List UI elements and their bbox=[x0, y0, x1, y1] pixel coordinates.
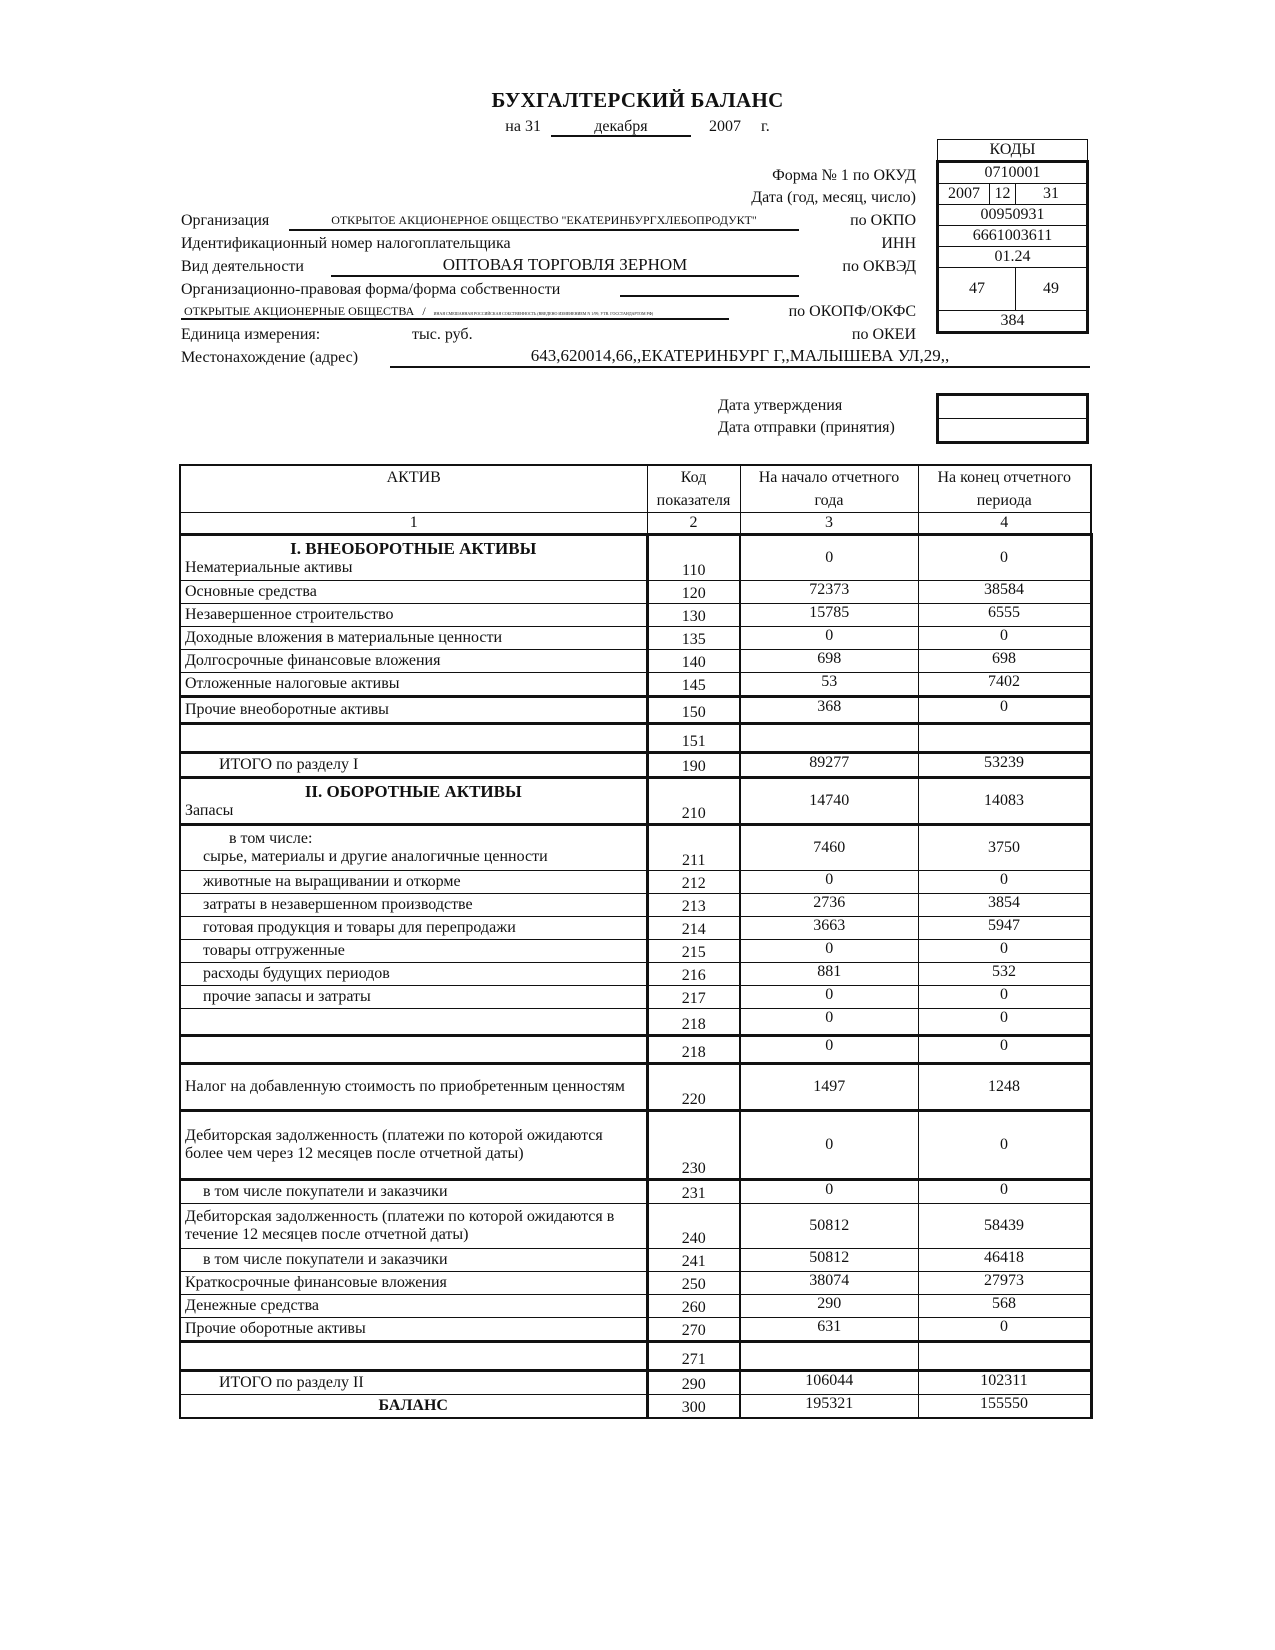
row-value-end: 0 bbox=[918, 1111, 1091, 1180]
date-month: декабря bbox=[551, 119, 691, 137]
row-value-end: 0 bbox=[918, 1036, 1091, 1064]
row-value-start: 50812 bbox=[740, 1204, 918, 1249]
row-label: готовая продукция и товары для перепрода… bbox=[203, 919, 516, 936]
row-code: 150 bbox=[647, 697, 740, 724]
row-label: Прочие оборотные активы bbox=[185, 1320, 366, 1337]
row-code: 210 bbox=[647, 778, 740, 825]
date-suffix: г. bbox=[761, 118, 770, 135]
row-value-end bbox=[918, 724, 1091, 753]
row-name bbox=[180, 1036, 647, 1064]
row-name bbox=[180, 1342, 647, 1371]
row-code: 120 bbox=[647, 581, 740, 604]
row-name: II. ОБОРОТНЫЕ АКТИВЫЗапасы bbox=[180, 778, 647, 825]
row-value-start: 0 bbox=[740, 1180, 918, 1204]
ownership-value: ИНАЯ СМЕШАННАЯ РОССИЙСКАЯ СОБСТВЕННОСТЬ … bbox=[434, 311, 654, 316]
row-name: Налог на добавленную стоимость по приобр… bbox=[180, 1064, 647, 1111]
row-name: I. ВНЕОБОРОТНЫЕ АКТИВЫНематериальные акт… bbox=[180, 535, 647, 581]
row-label: Отложенные налоговые активы bbox=[185, 675, 400, 692]
inn-caption: Идентификационный номер налогоплательщик… bbox=[181, 235, 511, 253]
row-name: Долгосрочные финансовые вложения bbox=[180, 650, 647, 673]
section-title: II. ОБОРОТНЫЕ АКТИВЫ bbox=[185, 782, 642, 802]
row-code: 250 bbox=[647, 1272, 740, 1295]
col-number-3: 3 bbox=[740, 513, 918, 535]
date-prefix: на bbox=[505, 118, 521, 135]
table-row: Незавершенное строительство130157856555 bbox=[180, 604, 1091, 627]
row-value-end: 1248 bbox=[918, 1064, 1091, 1111]
code-month: 12 bbox=[990, 184, 1016, 205]
row-value-end: 53239 bbox=[918, 753, 1091, 778]
table-row: Отложенные налоговые активы145537402 bbox=[180, 673, 1091, 697]
legal-form-row: ОТКРЫТЫЕ АКЦИОНЕРНЫЕ ОБЩЕСТВА / ИНАЯ СМЕ… bbox=[181, 302, 729, 320]
row-value-end: 568 bbox=[918, 1295, 1091, 1318]
row-value-end: 3854 bbox=[918, 894, 1091, 917]
table-row: Краткосрочные финансовые вложения2503807… bbox=[180, 1272, 1091, 1295]
row-value-start: 0 bbox=[740, 1009, 918, 1036]
table-row: готовая продукция и товары для перепрода… bbox=[180, 917, 1091, 940]
row-name: БАЛАНС bbox=[180, 1395, 647, 1419]
row-label: в том числе покупатели и заказчики bbox=[203, 1183, 448, 1200]
row-value-start: 14740 bbox=[740, 778, 918, 825]
row-code: 151 bbox=[647, 724, 740, 753]
row-name: ИТОГО по разделу I bbox=[180, 753, 647, 778]
row-name: Доходные вложения в материальные ценност… bbox=[180, 627, 647, 650]
table-row: в том числе:сырье, материалы и другие ан… bbox=[180, 825, 1091, 871]
table-row: 21800 bbox=[180, 1009, 1091, 1036]
row-value-start: 0 bbox=[740, 1111, 918, 1180]
okved-code: 01.24 bbox=[938, 247, 1088, 268]
row-name bbox=[180, 1009, 647, 1036]
row-label: прочие запасы и затраты bbox=[203, 988, 371, 1005]
document-title: БУХГАЛТЕРСКИЙ БАЛАНС bbox=[0, 88, 1275, 113]
row-name: готовая продукция и товары для перепрода… bbox=[180, 917, 647, 940]
row-value-start: 2736 bbox=[740, 894, 918, 917]
row-value-end: 58439 bbox=[918, 1204, 1091, 1249]
table-row: затраты в незавершенном производстве2132… bbox=[180, 894, 1091, 917]
table-row: Основные средства1207237338584 bbox=[180, 581, 1091, 604]
row-label: расходы будущих периодов bbox=[203, 965, 390, 982]
row-code: 216 bbox=[647, 963, 740, 986]
row-value-end: 102311 bbox=[918, 1371, 1091, 1395]
row-value-end: 0 bbox=[918, 535, 1091, 581]
row-label: Прочие внеоборотные активы bbox=[185, 701, 389, 718]
row-value-start bbox=[740, 1342, 918, 1371]
row-code: 271 bbox=[647, 1342, 740, 1371]
row-label: товары отгруженные bbox=[203, 942, 345, 959]
legal-form-underline bbox=[620, 295, 799, 297]
org-label: Организация bbox=[181, 212, 269, 230]
row-value-end: 27973 bbox=[918, 1272, 1091, 1295]
row-name: Незавершенное строительство bbox=[180, 604, 647, 627]
table-row: в том числе покупатели и заказчики23100 bbox=[180, 1180, 1091, 1204]
row-value-start: 0 bbox=[740, 535, 918, 581]
row-code: 130 bbox=[647, 604, 740, 627]
col-header-asset: АКТИВ bbox=[180, 465, 647, 513]
table-row: Прочие оборотные активы2706310 bbox=[180, 1318, 1091, 1342]
row-value-end: 0 bbox=[918, 940, 1091, 963]
row-value-start: 0 bbox=[740, 940, 918, 963]
row-label: БАЛАНС bbox=[379, 1397, 448, 1414]
row-label: Дебиторская задолженность (платежи по ко… bbox=[185, 1208, 614, 1243]
row-name: в том числе покупатели и заказчики bbox=[180, 1249, 647, 1272]
date-codes-label: Дата (год, месяц, число) bbox=[640, 189, 916, 207]
row-code: 215 bbox=[647, 940, 740, 963]
table-row: Долгосрочные финансовые вложения14069869… bbox=[180, 650, 1091, 673]
table-row: I. ВНЕОБОРОТНЫЕ АКТИВЫНематериальные акт… bbox=[180, 535, 1091, 581]
table-row: животные на выращивании и откорме21200 bbox=[180, 871, 1091, 894]
inn-code: 6661003611 bbox=[938, 226, 1088, 247]
okfs-code: 49 bbox=[1016, 268, 1088, 311]
row-value-start bbox=[740, 724, 918, 753]
row-value-start: 0 bbox=[740, 871, 918, 894]
row-label: Нематериальные активы bbox=[185, 559, 352, 576]
legal-form-separator: / bbox=[422, 304, 425, 318]
table-row: Прочие внеоборотные активы1503680 bbox=[180, 697, 1091, 724]
date-day: 31 bbox=[525, 118, 541, 135]
sent-date-field[interactable] bbox=[938, 419, 1088, 443]
row-value-end: 0 bbox=[918, 1180, 1091, 1204]
row-value-end: 14083 bbox=[918, 778, 1091, 825]
row-name: Отложенные налоговые активы bbox=[180, 673, 647, 697]
row-value-end: 0 bbox=[918, 1318, 1091, 1342]
including-label: в том числе: bbox=[185, 830, 642, 848]
codes-title: КОДЫ bbox=[938, 140, 1088, 162]
okopf-label: по ОКОПФ/ОКФС bbox=[740, 303, 916, 321]
table-row: расходы будущих периодов216881532 bbox=[180, 963, 1091, 986]
row-label: ИТОГО по разделу I bbox=[219, 756, 358, 773]
row-code: 211 bbox=[647, 825, 740, 871]
approval-box bbox=[936, 393, 1089, 444]
table-row: товары отгруженные21500 bbox=[180, 940, 1091, 963]
table-row: Доходные вложения в материальные ценност… bbox=[180, 627, 1091, 650]
row-name: затраты в незавершенном производстве bbox=[180, 894, 647, 917]
table-row: Дебиторская задолженность (платежи по ко… bbox=[180, 1111, 1091, 1180]
row-label: ИТОГО по разделу II bbox=[219, 1374, 364, 1391]
row-value-end: 698 bbox=[918, 650, 1091, 673]
row-code: 300 bbox=[647, 1395, 740, 1419]
row-value-start: 0 bbox=[740, 986, 918, 1009]
row-value-start: 195321 bbox=[740, 1395, 918, 1419]
row-name: Прочие внеоборотные активы bbox=[180, 697, 647, 724]
okei-label: по ОКЕИ bbox=[800, 326, 916, 344]
row-code: 190 bbox=[647, 753, 740, 778]
row-value-end: 0 bbox=[918, 986, 1091, 1009]
okpo-label: по ОКПО bbox=[800, 212, 916, 230]
date-year: 2007 bbox=[709, 118, 741, 135]
row-name: товары отгруженные bbox=[180, 940, 647, 963]
table-row: Налог на добавленную стоимость по приобр… bbox=[180, 1064, 1091, 1111]
row-name: животные на выращивании и откорме bbox=[180, 871, 647, 894]
table-row: 151 bbox=[180, 724, 1091, 753]
table-row: 21800 bbox=[180, 1036, 1091, 1064]
row-value-end: 38584 bbox=[918, 581, 1091, 604]
row-code: 110 bbox=[647, 535, 740, 581]
row-label: сырье, материалы и другие аналогичные це… bbox=[185, 848, 642, 866]
table-row: 271 bbox=[180, 1342, 1091, 1371]
row-code: 213 bbox=[647, 894, 740, 917]
row-code: 220 bbox=[647, 1064, 740, 1111]
row-value-end: 532 bbox=[918, 963, 1091, 986]
row-value-end bbox=[918, 1342, 1091, 1371]
activity-label: Вид деятельности bbox=[181, 258, 304, 276]
row-label: Дебиторская задолженность (платежи по ко… bbox=[185, 1127, 603, 1162]
approve-date-field[interactable] bbox=[938, 395, 1088, 419]
row-value-start: 50812 bbox=[740, 1249, 918, 1272]
row-code: 290 bbox=[647, 1371, 740, 1395]
unit-label: Единица измерения: bbox=[181, 326, 320, 344]
row-value-start: 89277 bbox=[740, 753, 918, 778]
okved-label: по ОКВЭД bbox=[800, 258, 916, 276]
row-code: 214 bbox=[647, 917, 740, 940]
row-name: Основные средства bbox=[180, 581, 647, 604]
col-header-end: На конец отчетного периода bbox=[918, 465, 1091, 513]
table-row: БАЛАНС300195321155550 bbox=[180, 1395, 1091, 1419]
row-label: Налог на добавленную стоимость по приобр… bbox=[185, 1078, 625, 1095]
row-name: в том числе покупатели и заказчики bbox=[180, 1180, 647, 1204]
row-name: в том числе:сырье, материалы и другие ан… bbox=[180, 825, 647, 871]
address-label: Местонахождение (адрес) bbox=[181, 349, 358, 367]
okei-code: 384 bbox=[938, 311, 1088, 333]
okpo-code: 00950931 bbox=[938, 205, 1088, 226]
col-header-code: Код показателя bbox=[647, 465, 740, 513]
row-value-start: 72373 bbox=[740, 581, 918, 604]
row-label: Основные средства bbox=[185, 583, 317, 600]
row-label: Долгосрочные финансовые вложения bbox=[185, 652, 440, 669]
row-name: ИТОГО по разделу II bbox=[180, 1371, 647, 1395]
row-value-start: 1497 bbox=[740, 1064, 918, 1111]
row-value-end: 7402 bbox=[918, 673, 1091, 697]
row-value-end: 6555 bbox=[918, 604, 1091, 627]
table-row: II. ОБОРОТНЫЕ АКТИВЫЗапасы2101474014083 bbox=[180, 778, 1091, 825]
row-value-start: 106044 bbox=[740, 1371, 918, 1395]
row-label: Денежные средства bbox=[185, 1297, 319, 1314]
row-value-start: 38074 bbox=[740, 1272, 918, 1295]
activity-value: ОПТОВАЯ ТОРГОВЛЯ ЗЕРНОМ bbox=[331, 255, 799, 277]
section-title: I. ВНЕОБОРОТНЫЕ АКТИВЫ bbox=[185, 539, 642, 559]
row-code: 140 bbox=[647, 650, 740, 673]
row-value-end: 0 bbox=[918, 627, 1091, 650]
address-value: 643,620014,66,,ЕКАТЕРИНБУРГ Г,,МАЛЫШЕВА … bbox=[390, 346, 1090, 368]
table-row: прочие запасы и затраты21700 bbox=[180, 986, 1091, 1009]
row-name: Дебиторская задолженность (платежи по ко… bbox=[180, 1111, 647, 1180]
row-value-start: 698 bbox=[740, 650, 918, 673]
row-code: 135 bbox=[647, 627, 740, 650]
row-value-start: 7460 bbox=[740, 825, 918, 871]
row-code: 241 bbox=[647, 1249, 740, 1272]
row-name: Денежные средства bbox=[180, 1295, 647, 1318]
row-label: Доходные вложения в материальные ценност… bbox=[185, 629, 502, 646]
row-name: Прочие оборотные активы bbox=[180, 1318, 647, 1342]
row-code: 260 bbox=[647, 1295, 740, 1318]
inn-label: ИНН bbox=[800, 235, 916, 253]
row-value-end: 46418 bbox=[918, 1249, 1091, 1272]
row-value-start: 3663 bbox=[740, 917, 918, 940]
row-label: затраты в незавершенном производстве bbox=[203, 896, 473, 913]
row-value-start: 0 bbox=[740, 1036, 918, 1064]
report-date-line: на 31 декабря 2007 г. bbox=[0, 118, 1275, 137]
row-label: в том числе покупатели и заказчики bbox=[203, 1251, 448, 1268]
table-row: в том числе покупатели и заказчики241508… bbox=[180, 1249, 1091, 1272]
row-value-start: 290 bbox=[740, 1295, 918, 1318]
row-value-end: 0 bbox=[918, 697, 1091, 724]
sent-label: Дата отправки (принятия) bbox=[718, 419, 895, 437]
approve-label: Дата утверждения bbox=[718, 397, 842, 415]
balance-table: АКТИВ Код показателя На начало отчетного… bbox=[179, 464, 1093, 1419]
okud-label: Форма № 1 по ОКУД bbox=[640, 167, 916, 185]
row-value-start: 0 bbox=[740, 627, 918, 650]
row-code: 217 bbox=[647, 986, 740, 1009]
table-row: ИТОГО по разделу I1908927753239 bbox=[180, 753, 1091, 778]
col-header-start: На начало отчетного года bbox=[740, 465, 918, 513]
row-value-start: 631 bbox=[740, 1318, 918, 1342]
okopf-code: 47 bbox=[938, 268, 1016, 311]
org-value: ОТКРЫТОЕ АКЦИОНЕРНОЕ ОБЩЕСТВО "ЕКАТЕРИНБ… bbox=[289, 213, 799, 231]
row-value-start: 368 bbox=[740, 697, 918, 724]
row-value-end: 3750 bbox=[918, 825, 1091, 871]
row-code: 145 bbox=[647, 673, 740, 697]
row-name: Краткосрочные финансовые вложения bbox=[180, 1272, 647, 1295]
row-value-start: 15785 bbox=[740, 604, 918, 627]
table-row: Дебиторская задолженность (платежи по ко… bbox=[180, 1204, 1091, 1249]
codes-box: КОДЫ 0710001 2007 12 31 00950931 6661003… bbox=[936, 139, 1089, 334]
unit-value: тыс. руб. bbox=[412, 326, 473, 344]
row-value-end: 0 bbox=[918, 871, 1091, 894]
table-row: Денежные средства260290568 bbox=[180, 1295, 1091, 1318]
row-code: 218 bbox=[647, 1036, 740, 1064]
row-name: прочие запасы и затраты bbox=[180, 986, 647, 1009]
code-day: 31 bbox=[1016, 184, 1088, 205]
legal-form-label: Организационно-правовая форма/форма собс… bbox=[181, 281, 560, 299]
row-value-start: 53 bbox=[740, 673, 918, 697]
row-value-end: 5947 bbox=[918, 917, 1091, 940]
row-code: 230 bbox=[647, 1111, 740, 1180]
legal-form-value: ОТКРЫТЫЕ АКЦИОНЕРНЫЕ ОБЩЕСТВА bbox=[184, 304, 414, 318]
row-code: 212 bbox=[647, 871, 740, 894]
col-number-2: 2 bbox=[647, 513, 740, 535]
row-code: 218 bbox=[647, 1009, 740, 1036]
row-label: животные на выращивании и откорме bbox=[203, 873, 461, 890]
row-value-end: 0 bbox=[918, 1009, 1091, 1036]
col-number-4: 4 bbox=[918, 513, 1091, 535]
row-label: Незавершенное строительство bbox=[185, 606, 393, 623]
okud-code: 0710001 bbox=[938, 162, 1088, 184]
row-value-end: 155550 bbox=[918, 1395, 1091, 1419]
code-year: 2007 bbox=[938, 184, 990, 205]
row-code: 240 bbox=[647, 1204, 740, 1249]
row-value-start: 881 bbox=[740, 963, 918, 986]
row-label: Краткосрочные финансовые вложения bbox=[185, 1274, 447, 1291]
row-label: Запасы bbox=[185, 802, 233, 819]
table-row: ИТОГО по разделу II290106044102311 bbox=[180, 1371, 1091, 1395]
row-name: Дебиторская задолженность (платежи по ко… bbox=[180, 1204, 647, 1249]
row-name: расходы будущих периодов bbox=[180, 963, 647, 986]
col-number-1: 1 bbox=[180, 513, 647, 535]
row-code: 270 bbox=[647, 1318, 740, 1342]
row-code: 231 bbox=[647, 1180, 740, 1204]
row-name bbox=[180, 724, 647, 753]
